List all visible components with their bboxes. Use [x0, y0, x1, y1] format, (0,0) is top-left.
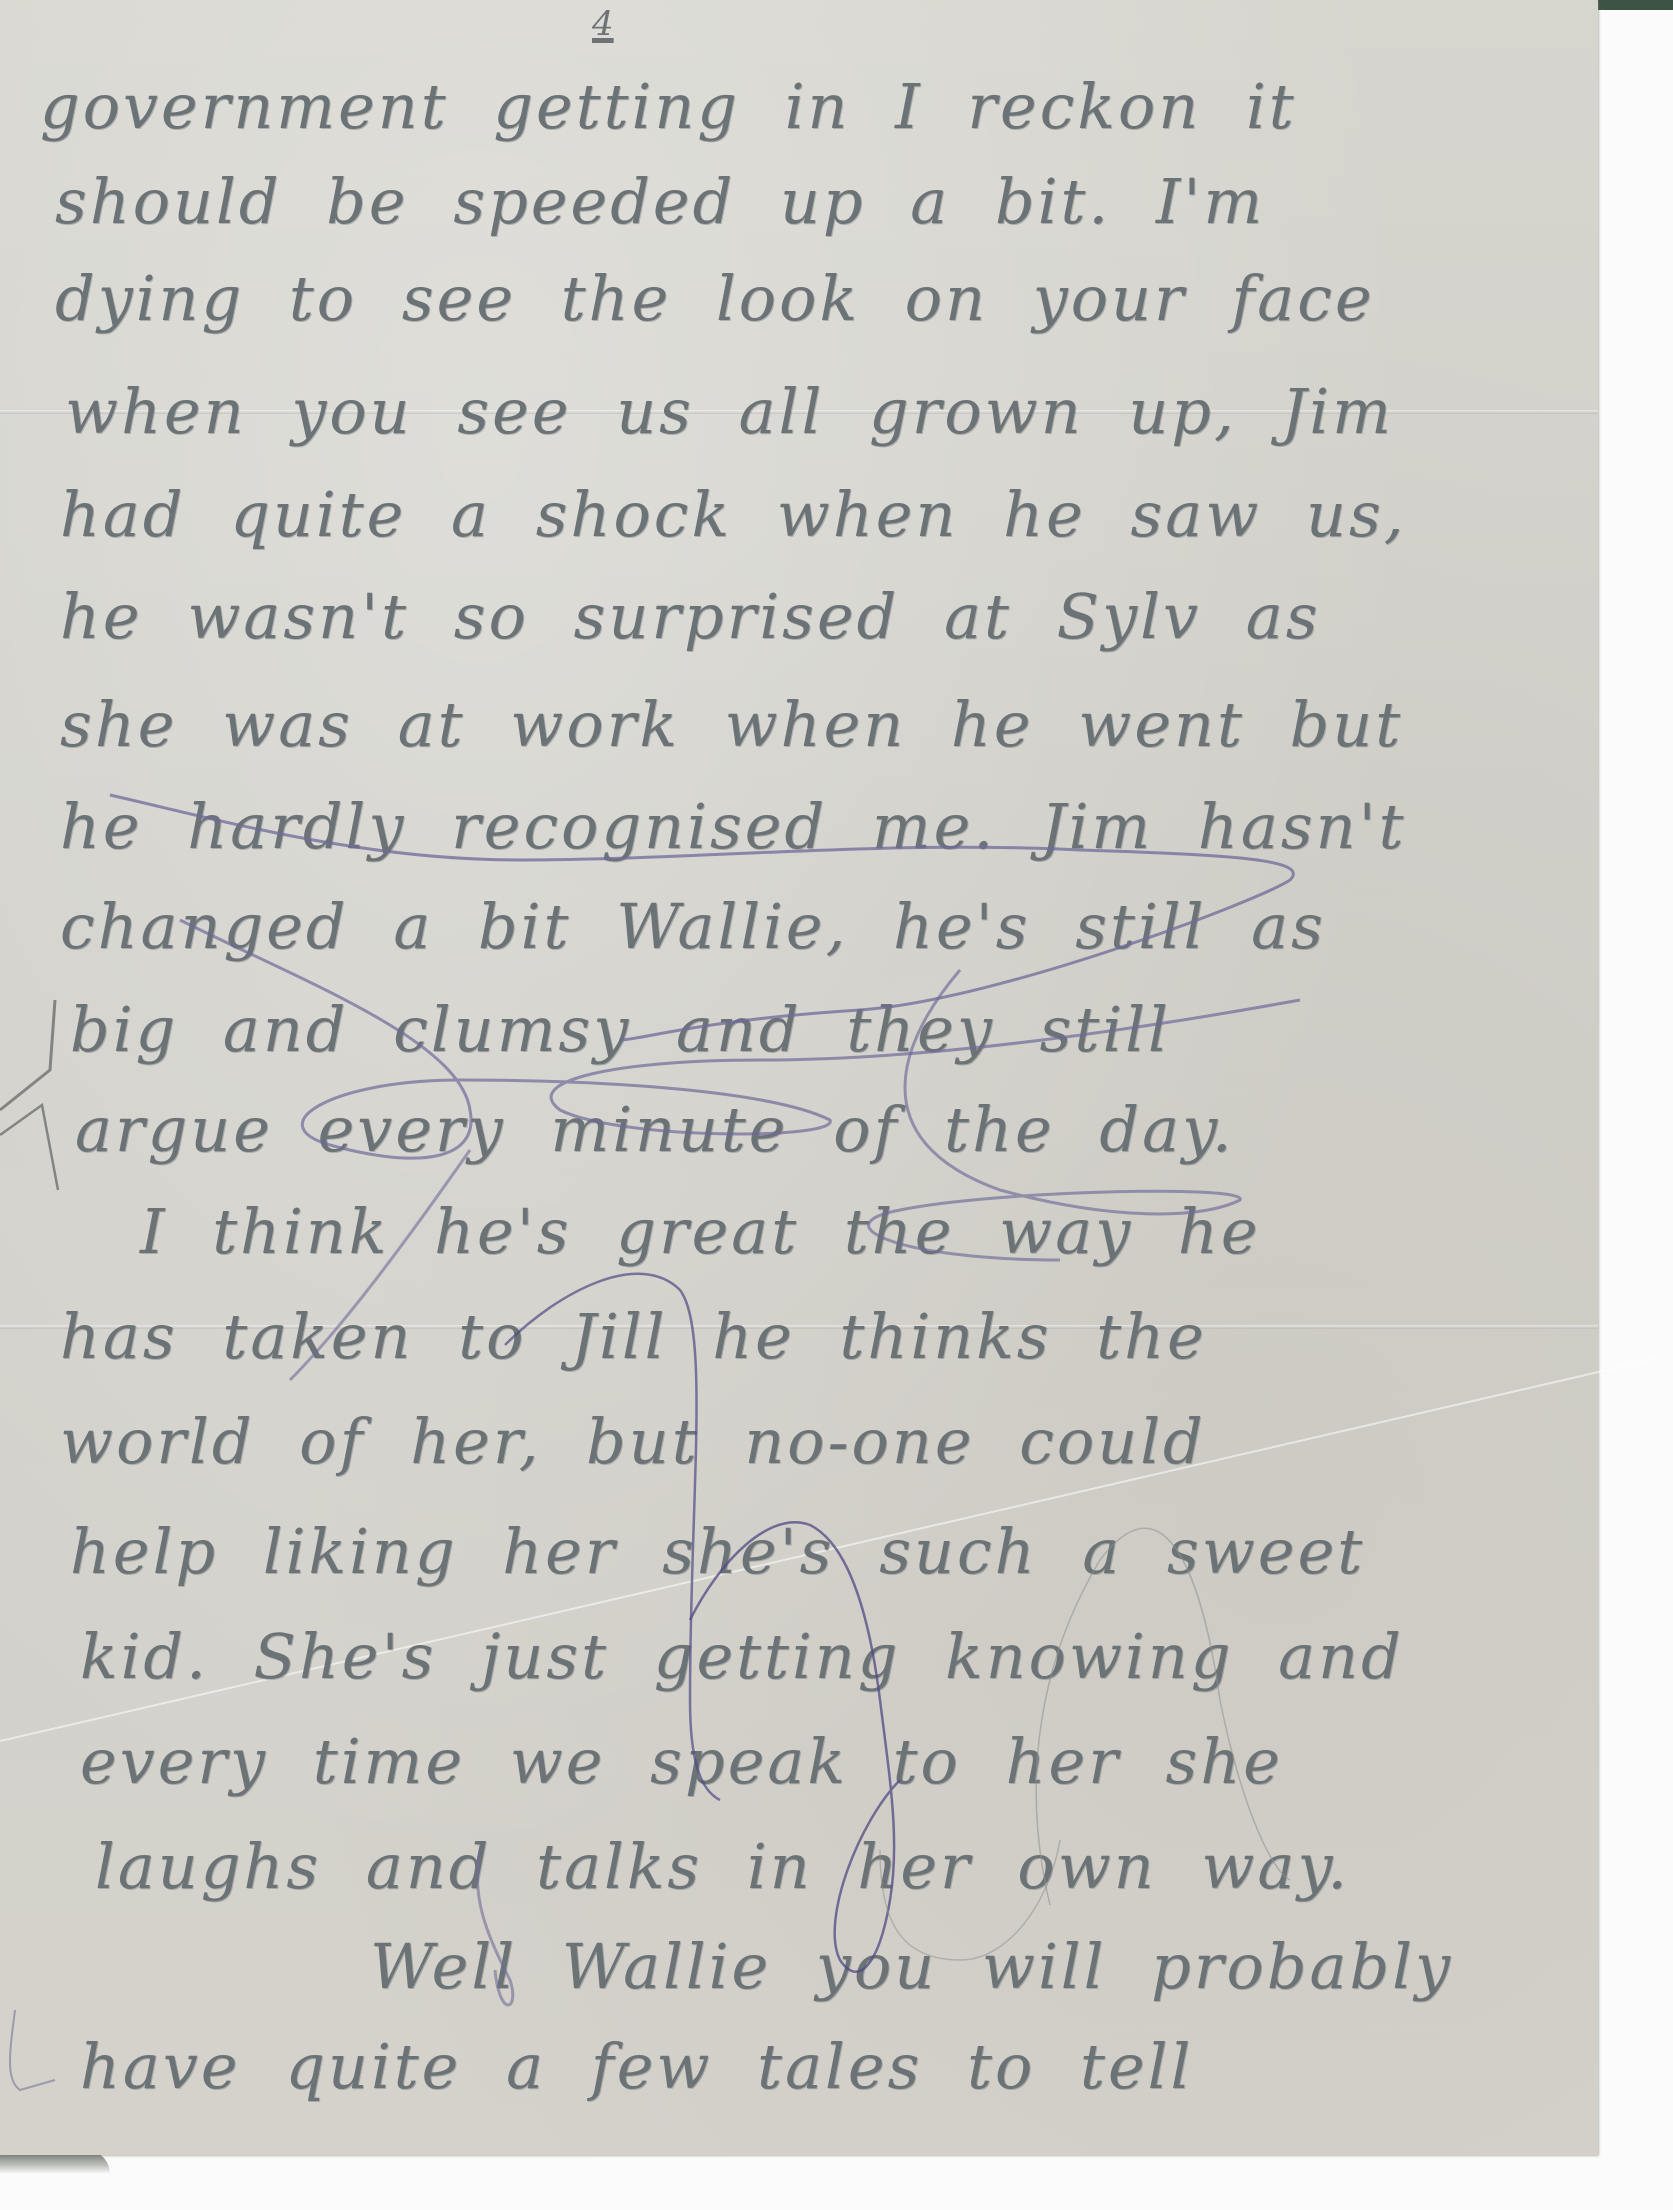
letter-line: every time we speak to her she: [80, 1725, 1283, 1798]
letter-page: 4 government getting in I reckon it shou…: [0, 0, 1598, 2155]
letter-line: help liking her she's such a sweet: [70, 1515, 1365, 1588]
letter-line: laughs and talks in her own way.: [95, 1830, 1350, 1903]
letter-line: he wasn't so surprised at Sylv as: [60, 580, 1321, 653]
letter-line: changed a bit Wallie, he's still as: [60, 890, 1326, 963]
letter-line: big and clumsy and they still: [70, 993, 1171, 1066]
letter-line: when you see us all grown up, Jim: [65, 375, 1394, 448]
letter-line: he hardly recognised me. Jim hasn't: [60, 790, 1407, 863]
letter-line: have quite a few tales to tell: [80, 2030, 1193, 2103]
letter-line: world of her, but no-one could: [60, 1405, 1206, 1478]
letter-line: she was at work when he went but: [60, 688, 1403, 761]
letter-line: government getting in I reckon it: [40, 70, 1297, 143]
letter-line: should be speeded up a bit. I'm: [55, 165, 1265, 238]
letter-line: argue every minute of the day.: [75, 1093, 1235, 1166]
letter-line: Well Wallie you will probably: [370, 1930, 1453, 2003]
letter-line: has taken to Jill he thinks the: [60, 1300, 1207, 1373]
letter-line: dying to see the look on your face: [55, 262, 1375, 335]
page-number: 4: [592, 4, 614, 44]
letter-line: had quite a shock when he saw us,: [60, 478, 1406, 551]
letter-line: I think he's great the way he: [140, 1195, 1261, 1268]
letter-line: kid. She's just getting knowing and: [80, 1620, 1404, 1693]
